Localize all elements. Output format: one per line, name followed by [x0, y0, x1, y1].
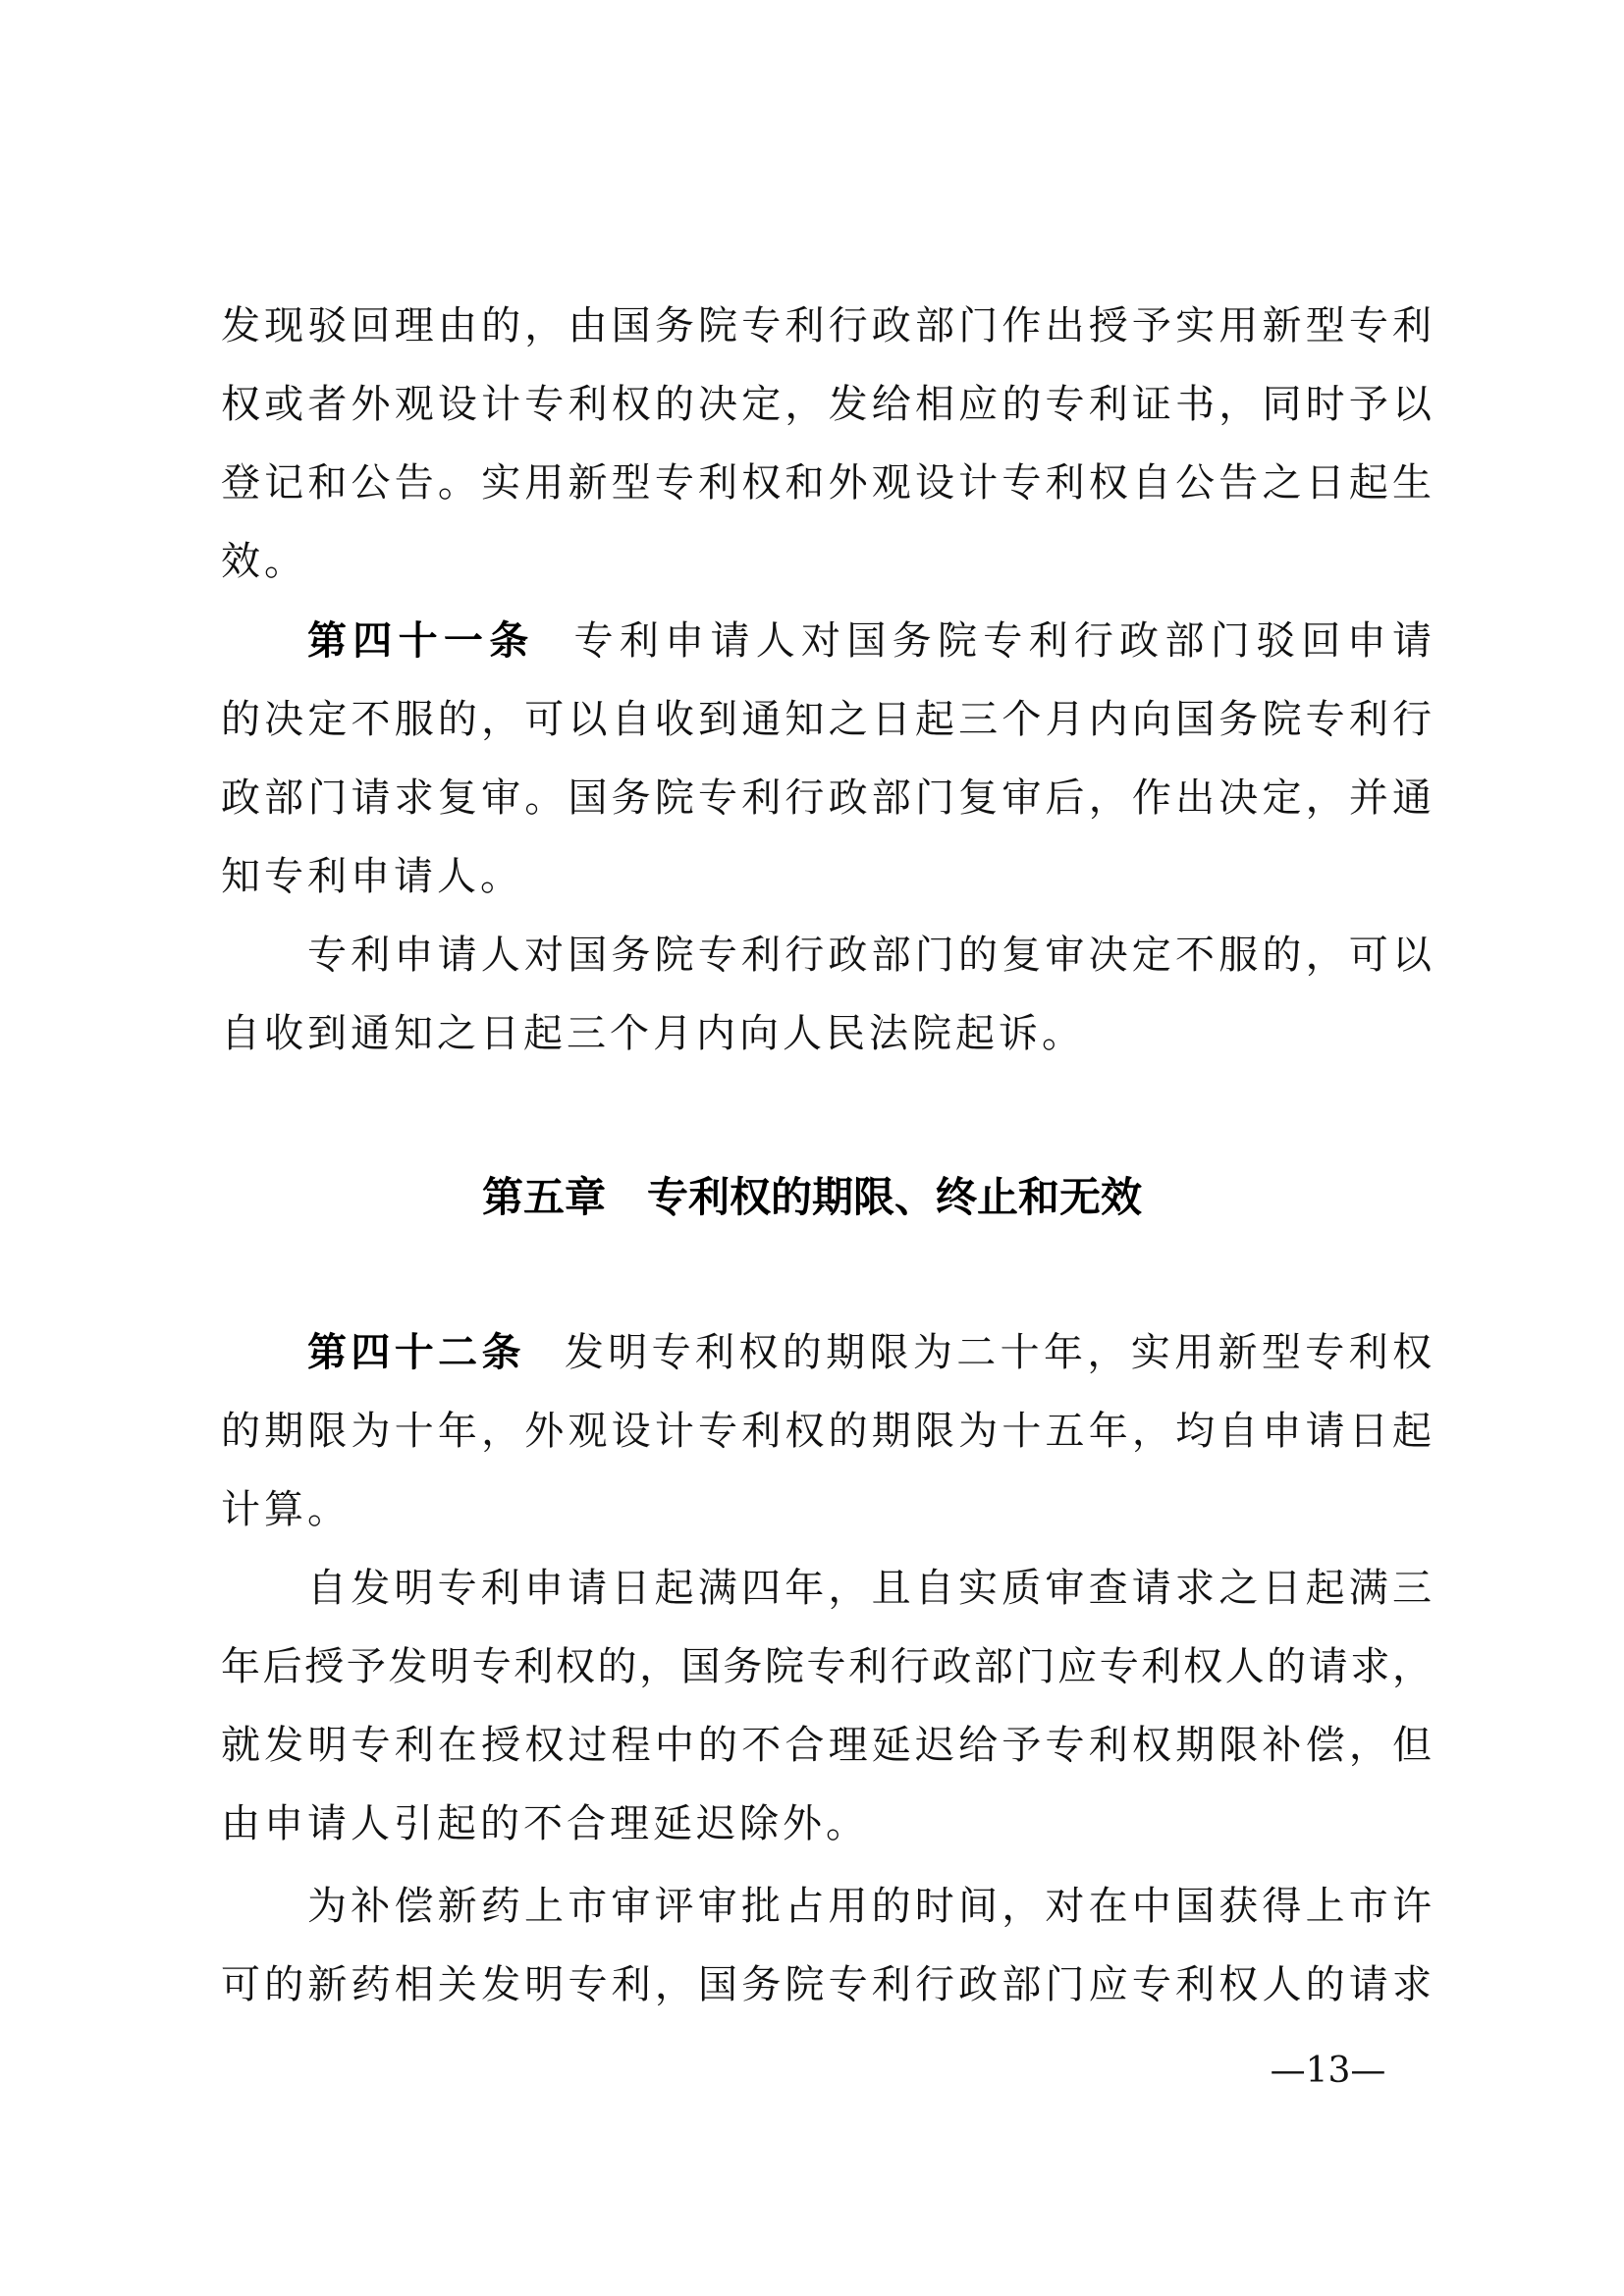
paragraph-line: 计算。: [221, 1480, 1432, 1539]
paragraph-line: 的决定不服的，可以自收到通知之日起三个月内向国务院专利行: [221, 690, 1432, 749]
paragraph-line: 由申请人引起的不合理延迟除外。: [221, 1794, 1432, 1853]
paragraph-line: 自收到通知之日起三个月内向人民法院起诉。: [221, 1004, 1432, 1063]
paragraph-line: 专利申请人对国务院专利行政部门的复审决定不服的，可以: [307, 926, 1432, 985]
paragraph-line: 政部门请求复审。国务院专利行政部门复审后，作出决定，并通: [221, 769, 1432, 828]
article-text: 专利申请人对国务院专利行政部门驳回申请: [574, 618, 1432, 664]
chapter-title: 第五章 专利权的期限、终止和无效: [0, 1168, 1624, 1227]
paragraph-line: 可的新药相关发明专利，国务院专利行政部门应专利权人的请求: [221, 1955, 1432, 2014]
paragraph-line: 自发明专利申请日起满四年，且自实质审查请求之日起满三: [307, 1559, 1432, 1618]
article-number: 第四十一条: [307, 618, 535, 664]
article-text: 发明专利权的期限为二十年，实用新型专利权: [565, 1330, 1432, 1375]
article-number: 第四十二条: [307, 1330, 525, 1375]
paragraph-line: 为补偿新药上市审评审批占用的时间，对在中国获得上市许: [307, 1877, 1432, 1936]
article-42-first-line: 第四十二条发明专利权的期限为二十年，实用新型专利权: [307, 1323, 1432, 1382]
paragraph-line: 年后授予发明专利权的，国务院专利行政部门应专利权人的请求，: [221, 1637, 1432, 1696]
paragraph-line: 就发明专利在授权过程中的不合理延迟给予专利权期限补偿，但: [221, 1716, 1432, 1775]
page-number: —13—: [1267, 2047, 1389, 2096]
article-41-first-line: 第四十一条专利申请人对国务院专利行政部门驳回申请: [307, 612, 1432, 670]
paragraph-line: 权或者外观设计专利权的决定，发给相应的专利证书，同时予以: [221, 375, 1432, 434]
document-page: 发现驳回理由的，由国务院专利行政部门作出授予实用新型专利 权或者外观设计专利权的…: [0, 0, 1624, 2296]
paragraph-line: 登记和公告。实用新型专利权和外观设计专利权自公告之日起生: [221, 454, 1432, 512]
paragraph-line: 发现驳回理由的，由国务院专利行政部门作出授予实用新型专利: [221, 296, 1432, 355]
paragraph-line: 知专利申请人。: [221, 847, 1432, 906]
paragraph-line: 效。: [221, 532, 1432, 591]
paragraph-line: 的期限为十年，外观设计专利权的期限为十五年，均自申请日起: [221, 1402, 1432, 1461]
